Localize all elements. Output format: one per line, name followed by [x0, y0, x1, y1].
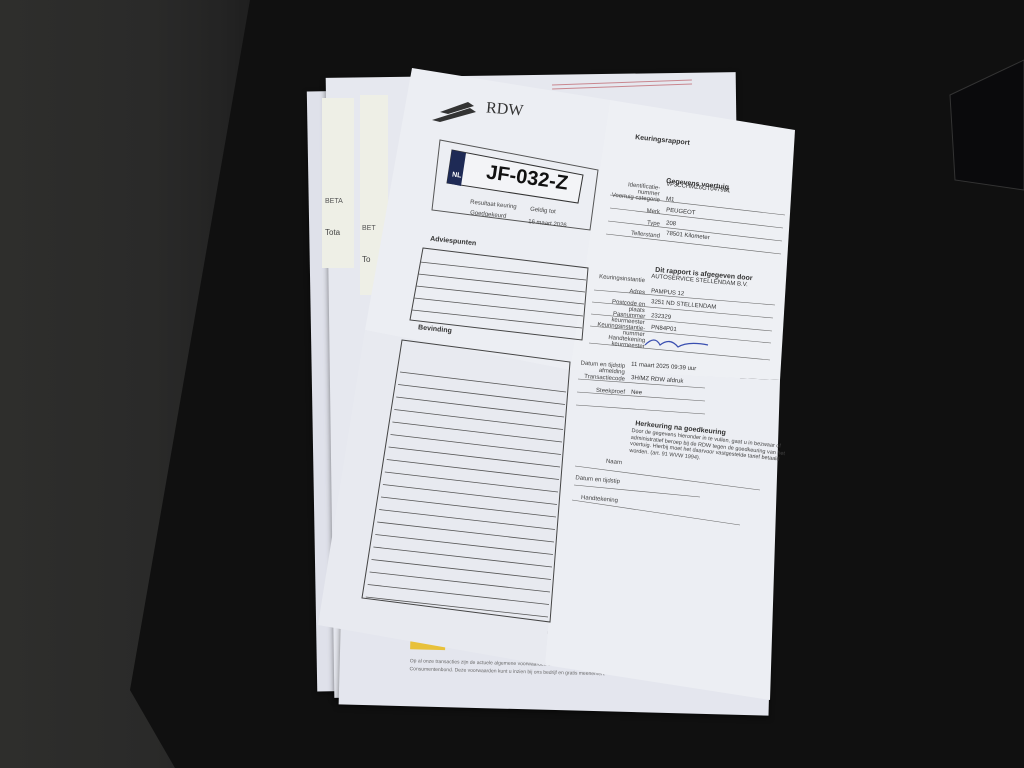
rdw-logo-text: RDW: [485, 99, 524, 120]
vehicle-field-value: M1: [666, 197, 675, 204]
date-field-value: Nee: [631, 390, 642, 397]
vehicle-field-value: 208: [666, 220, 677, 227]
plate-country: NL: [452, 171, 462, 179]
